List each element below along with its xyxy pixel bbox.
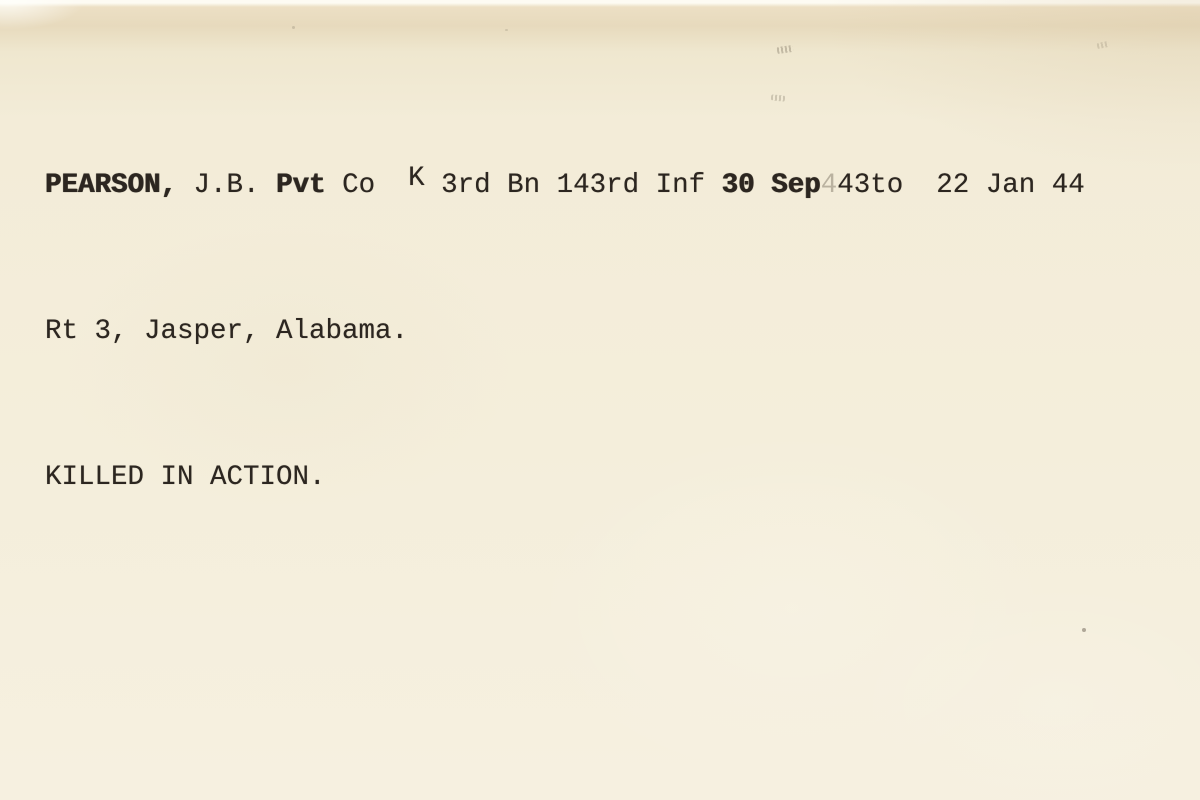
service-start-year-to-text: 43to	[837, 170, 903, 201]
ghost-overstrike-character: 4	[821, 170, 838, 201]
dust-speck	[1082, 628, 1086, 632]
spacer-text	[903, 170, 936, 201]
service-start-day-text: 30	[722, 170, 755, 201]
unit-text: 3rd Bn 143rd Inf	[425, 170, 722, 201]
dust-speck	[292, 26, 295, 29]
dust-speck	[505, 29, 508, 31]
typed-line-casualty-status: KILLED IN ACTION.	[45, 460, 1085, 497]
company-letter-text: K	[408, 161, 425, 198]
service-end-date-text: 22 Jan 44	[936, 170, 1085, 201]
soldier-name-text: PEARSON,	[45, 170, 177, 201]
typed-line-address: Rt 3, Jasper, Alabama.	[45, 314, 1085, 351]
typed-line-service-record: PEARSON, J.B. Pvt Co K 3rd Bn 143rd Inf …	[45, 168, 1085, 205]
typewritten-text-block: PEARSON, J.B. Pvt Co K 3rd Bn 143rd Inf …	[45, 58, 1085, 606]
rank-text: Pvt	[276, 170, 326, 201]
spacer-text	[755, 170, 772, 201]
service-start-month-text: Sep	[771, 170, 821, 201]
soldier-initials-text: J.B.	[177, 170, 276, 201]
ink-smudge-mark	[1097, 41, 1110, 49]
ink-smudge-mark	[777, 45, 794, 54]
company-label-text: Co	[326, 170, 409, 201]
scanned-index-card: PEARSON, J.B. Pvt Co K 3rd Bn 143rd Inf …	[0, 0, 1200, 800]
